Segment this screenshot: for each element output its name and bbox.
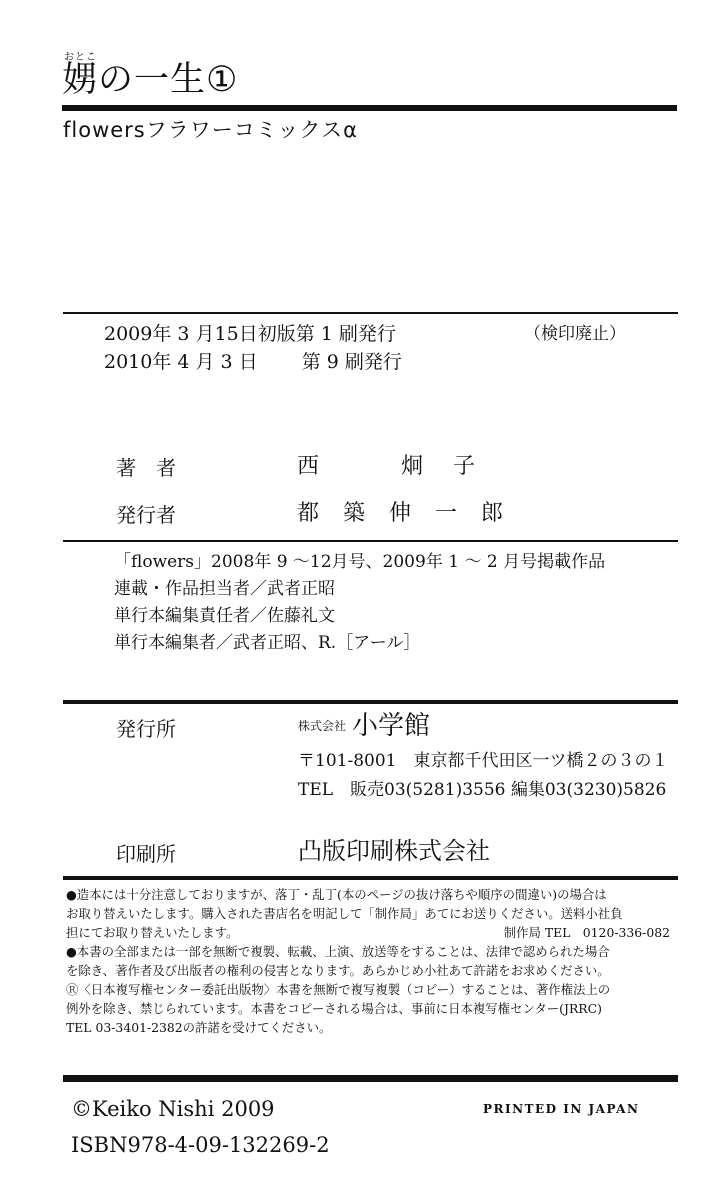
author-label: 著 者	[116, 456, 176, 480]
series-name: flowersフラワーコミックスα	[63, 117, 358, 143]
editorial-line: 単行本編集者／武者正昭、R.［アール］	[114, 632, 420, 654]
publisher-label: 発行所	[116, 717, 176, 741]
publisher-address: 〒101-8001 東京都千代田区一ツ橋２の３の１	[298, 750, 668, 772]
company-prefix: 株式会社	[298, 719, 346, 733]
publisher-company: 株式会社小学館	[298, 710, 430, 742]
latest-edition-date: 2010年 4 月 3 日 第 9 刷発行	[104, 350, 402, 374]
notice-line: ●造本には十分注意しておりますが、落丁・乱丁(本のページの抜け落ちや順序の間違い…	[66, 885, 607, 904]
book-title: 娚の一生①	[62, 60, 238, 100]
notice-line: Ⓡ〈日本複写権センター委託出版物〉本書を無断で複写複製（コピー）することは、著作…	[66, 980, 610, 999]
editorial-line: 連載・作品担当者／武者正昭	[114, 578, 335, 600]
production-contact: 制作局 TEL 0120-336-082	[504, 923, 670, 942]
publisher-person-name: 都 築 伸 一 郎	[297, 502, 504, 526]
editorial-line: 「flowers」2008年 9 ～12月号、2009年 1 ～ 2 月号掲載作…	[114, 551, 605, 573]
publisher-person-label: 発行者	[116, 503, 176, 527]
notice-line: を除き、著作者及び出版者の権利の侵害となります。あらかじめ小社あて許諾をお求めく…	[66, 961, 610, 980]
author-name: 西 炯 子	[297, 455, 479, 479]
notice-line: ●本書の全部または一部を無断で複製、転載、上演、放送等をすることは、法律で認めら…	[66, 942, 610, 961]
isbn: ISBN978-4-09-132269-2	[71, 1132, 330, 1158]
notice-line: 例外を除き、禁じられています。本書をコピーされる場合は、事前に日本複写権センター…	[66, 999, 602, 1018]
printed-in: PRINTED IN JAPAN	[483, 1102, 639, 1116]
notices-rule	[63, 876, 678, 880]
notice-line: TEL 03-3401-2382の許諾を受けてください。	[66, 1018, 331, 1037]
footer-rule	[63, 1075, 678, 1082]
publisher-phone: TEL 販売03(5281)3556 編集03(3230)5826	[298, 779, 666, 801]
editorial-rule	[63, 540, 678, 542]
title-rule	[62, 105, 677, 111]
printing-rule	[63, 312, 678, 314]
seal-notice: （検印廃止）	[524, 322, 626, 346]
printer-name: 凸版印刷株式会社	[298, 836, 490, 866]
publisher-rule	[63, 700, 678, 704]
company-name: 小学館	[352, 711, 430, 741]
notice-line: お取り替えいたします。購入された書店名を明記して「制作局」あてにお送りください。…	[66, 904, 623, 923]
notice-line: 担にてお取り替えいたします。	[66, 923, 238, 942]
printer-label: 印刷所	[116, 842, 176, 866]
editorial-line: 単行本編集責任者／佐藤礼文	[114, 605, 335, 627]
copyright: ©Keiko Nishi 2009	[71, 1096, 275, 1122]
first-edition-date: 2009年 3 月15日初版第 1 刷発行	[104, 322, 396, 346]
